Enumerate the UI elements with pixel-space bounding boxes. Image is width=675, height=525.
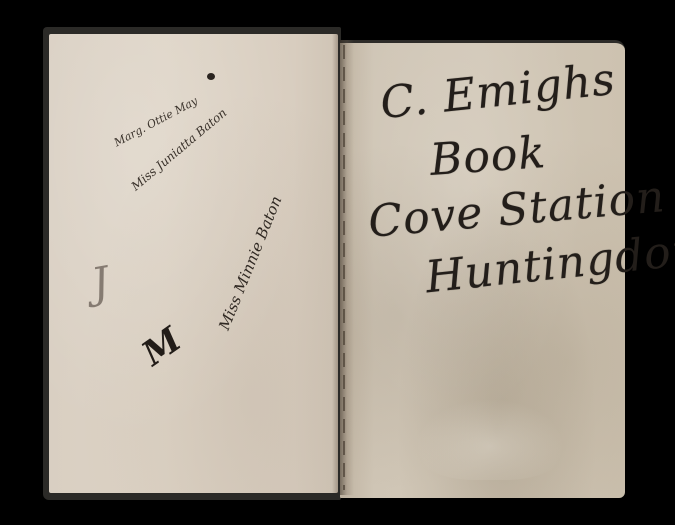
water-stain — [410, 395, 570, 480]
book-photograph: Marg. Ottie May Miss Juniatta Baton Miss… — [0, 0, 675, 525]
ink-blot-mark — [207, 73, 215, 80]
inscription-line-book: Book — [429, 131, 548, 183]
spine-crack — [343, 45, 345, 490]
